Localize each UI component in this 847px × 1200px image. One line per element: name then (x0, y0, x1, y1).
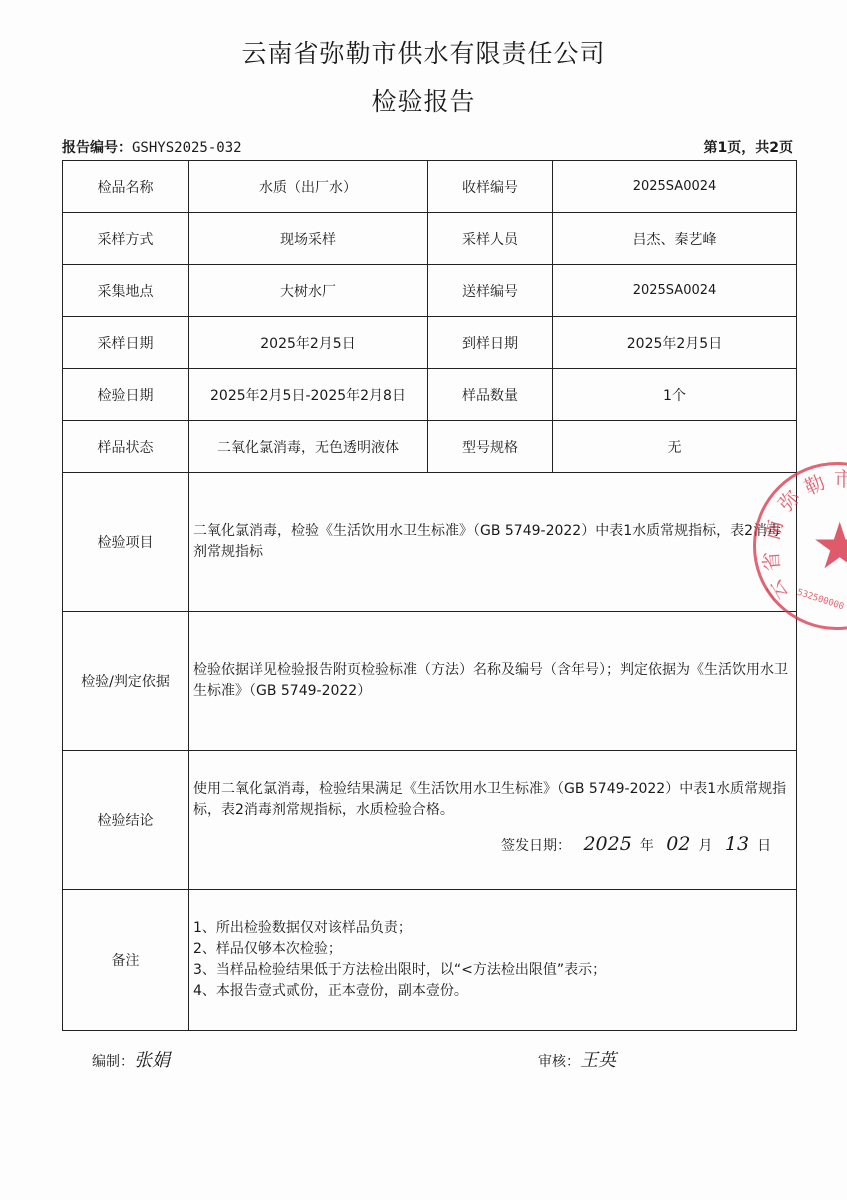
star-icon: ★ (811, 510, 847, 584)
field-label: 检验结论 (63, 751, 189, 890)
field-label: 到样日期 (428, 317, 553, 369)
field-label: 送样编号 (428, 265, 553, 317)
field-value: 2025SA0024 (553, 265, 797, 317)
table-row: 检验日期 2025年2月5日-2025年2月8日 样品数量 1个 (63, 369, 797, 421)
issue-date: 签发日期： 2025年 02月 13日 (501, 833, 771, 855)
table-row-basis: 检验/判定依据 检验依据详见检验报告附页检验标准（方法）名称及编号（含年号）；判… (63, 612, 797, 751)
document-title: 检验报告 (0, 82, 847, 118)
field-label: 检验日期 (63, 369, 189, 421)
table-row: 采样方式 现场采样 采样人员 吕杰、秦艺峰 (63, 213, 797, 265)
field-label: 采样日期 (63, 317, 189, 369)
field-label: 采集地点 (63, 265, 189, 317)
field-value: 1个 (553, 369, 797, 421)
issue-year: 2025 (583, 833, 631, 855)
conclusion-text: 使用二氧化氯消毒，检验结果满足《生活饮用水卫生标准》（GB 5749-2022）… (193, 779, 790, 821)
field-label: 采样方式 (63, 213, 189, 265)
field-value: 2025年2月5日 (553, 317, 797, 369)
field-label: 采样人员 (428, 213, 553, 265)
basis-text: 检验依据详见检验报告附页检验标准（方法）名称及编号（含年号）；判定依据为《生活饮… (189, 612, 797, 751)
table-row: 采集地点 大树水厂 送样编号 2025SA0024 (63, 265, 797, 317)
day-unit: 日 (757, 838, 771, 854)
issue-day: 13 (725, 833, 749, 855)
field-value: 大树水厂 (189, 265, 428, 317)
field-label: 样品数量 (428, 369, 553, 421)
notes-cell: 1、所出检验数据仅对该样品负责； 2、样品仅够本次检验； 3、当样品检验结果低于… (189, 890, 797, 1031)
table-row-notes: 备注 1、所出检验数据仅对该样品负责； 2、样品仅够本次检验； 3、当样品检验结… (63, 890, 797, 1031)
seal-code: 532500000 (796, 588, 845, 613)
field-label: 检品名称 (63, 161, 189, 213)
field-label: 样品状态 (63, 421, 189, 473)
report-number-label: 报告编号： (62, 140, 132, 156)
note-item: 2、样品仅够本次检验； (193, 939, 792, 960)
table-row: 样品状态 二氧化氯消毒，无色透明液体 型号规格 无 (63, 421, 797, 473)
compiler: 编制：张娟 (92, 1046, 170, 1072)
year-unit: 年 (640, 838, 654, 854)
field-label: 备注 (63, 890, 189, 1031)
reviewer-label: 审核： (538, 1054, 580, 1070)
field-value: 2025年2月5日 (189, 317, 428, 369)
reviewer-signature: 王英 (580, 1050, 616, 1071)
table-row: 检品名称 水质（出厂水） 收样编号 2025SA0024 (63, 161, 797, 213)
compiler-label: 编制： (92, 1054, 134, 1070)
page-info: 第1页，共2页 (704, 137, 793, 157)
field-label: 型号规格 (428, 421, 553, 473)
field-label: 检验项目 (63, 473, 189, 612)
field-value: 水质（出厂水） (189, 161, 428, 213)
table-row-conclusion: 检验结论 使用二氧化氯消毒，检验结果满足《生活饮用水卫生标准》（GB 5749-… (63, 751, 797, 890)
note-item: 1、所出检验数据仅对该样品负责； (193, 918, 792, 939)
note-item: 4、本报告壹式贰份，正本壹份，副本壹份。 (193, 981, 792, 1002)
field-value: 二氧化氯消毒，无色透明液体 (189, 421, 428, 473)
note-item: 3、当样品检验结果低于方法检出限时，以“<方法检出限值”表示； (193, 960, 792, 981)
table-row: 采样日期 2025年2月5日 到样日期 2025年2月5日 (63, 317, 797, 369)
reviewer: 审核：王英 (538, 1046, 616, 1072)
company-name: 云南省弥勒市供水有限责任公司 (0, 34, 847, 70)
report-number: 报告编号：GSHYS2025-032 (62, 137, 242, 157)
report-number-value: GSHYS2025-032 (132, 140, 242, 156)
report-table: 检品名称 水质（出厂水） 收样编号 2025SA0024 采样方式 现场采样 采… (62, 160, 797, 1031)
conclusion-cell: 使用二氧化氯消毒，检验结果满足《生活饮用水卫生标准》（GB 5749-2022）… (189, 751, 797, 890)
test-items-text: 二氧化氯消毒，检验《生活饮用水卫生标准》（GB 5749-2022）中表1水质常… (189, 473, 797, 612)
table-row-test-items: 检验项目 二氧化氯消毒，检验《生活饮用水卫生标准》（GB 5749-2022）中… (63, 473, 797, 612)
field-label: 检验/判定依据 (63, 612, 189, 751)
field-value: 2025年2月5日-2025年2月8日 (189, 369, 428, 421)
month-unit: 月 (698, 838, 712, 854)
issue-month: 02 (666, 833, 690, 855)
field-value: 吕杰、秦艺峰 (553, 213, 797, 265)
field-value: 现场采样 (189, 213, 428, 265)
field-value: 无 (553, 421, 797, 473)
field-value: 2025SA0024 (553, 161, 797, 213)
compiler-signature: 张娟 (134, 1050, 170, 1071)
field-label: 收样编号 (428, 161, 553, 213)
issue-date-label: 签发日期： (501, 838, 571, 854)
